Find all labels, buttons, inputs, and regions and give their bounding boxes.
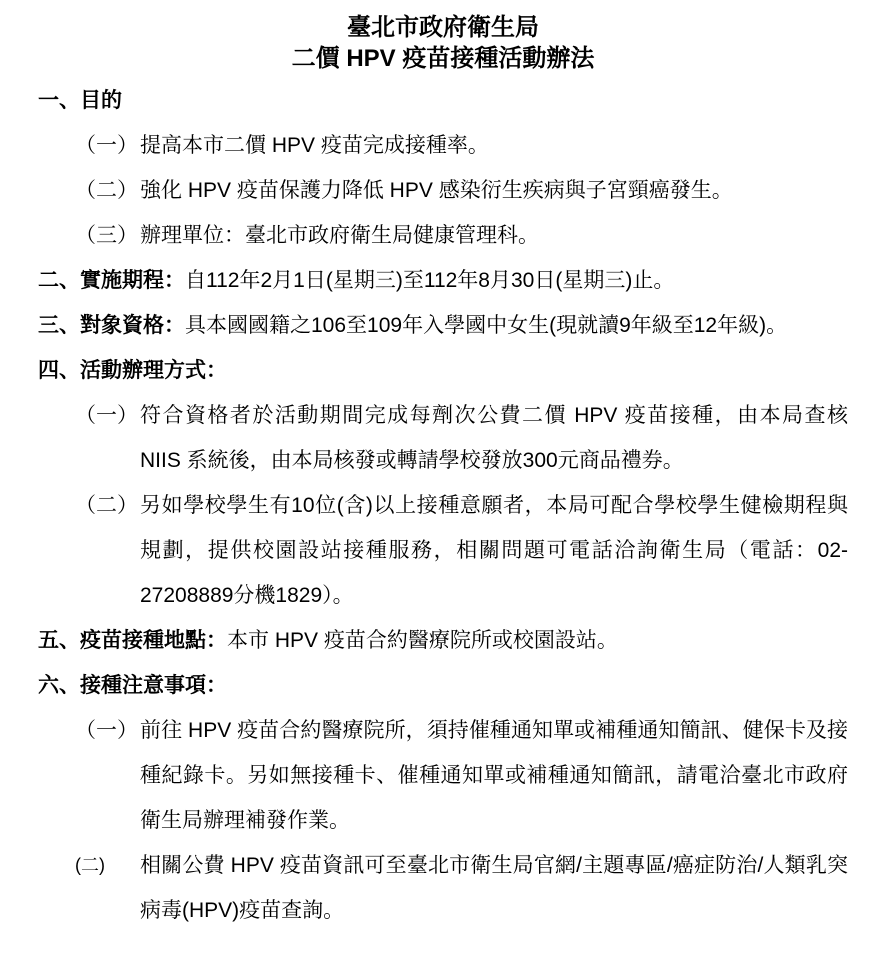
list-item: （二） 另如學校學生有10位(含)以上接種意願者，本局可配合學校學生健檢期程與規…	[75, 483, 848, 618]
section-heading: 五、疫苗接種地點：本市 HPV 疫苗合約醫療院所或校園設站。	[38, 618, 848, 663]
list-item: (二) 相關公費 HPV 疫苗資訊可至臺北市衛生局官網/主題專區/癌症防治/人類…	[75, 843, 848, 933]
section-implementation-period: 二、實施期程：自112年2月1日(星期三)至112年8月30日(星期三)止。	[38, 258, 848, 303]
document-title: 臺北市政府衛生局 二價 HPV 疫苗接種活動辦法	[38, 12, 848, 74]
section-heading: 六、接種注意事項：	[38, 663, 848, 708]
section-purpose: 一、目的 （一） 提高本市二價 HPV 疫苗完成接種率。 （二） 強化 HPV …	[38, 78, 848, 258]
section-heading: 一、目的	[38, 78, 848, 123]
list-item-label: （一）	[75, 708, 140, 843]
section-vaccination-notes: 六、接種注意事項： （一） 前往 HPV 疫苗合約醫療院所，須持催種通知單或補種…	[38, 663, 848, 933]
list-item-text: 強化 HPV 疫苗保護力降低 HPV 感染衍生疾病與子宮頸癌發生。	[140, 168, 848, 213]
section-heading-text: 五、疫苗接種地點：	[38, 629, 227, 652]
list-item-text: 提高本市二價 HPV 疫苗完成接種率。	[140, 123, 848, 168]
document-page: 臺北市政府衛生局 二價 HPV 疫苗接種活動辦法 一、目的 （一） 提高本市二價…	[0, 0, 875, 933]
section-eligibility: 三、對象資格：具本國國籍之106至109年入學國中女生(現就讀9年級至12年級)…	[38, 303, 848, 348]
list-item-label: （三）	[75, 213, 140, 258]
section-inline-text: 具本國國籍之106至109年入學國中女生(現就讀9年級至12年級)。	[185, 314, 787, 337]
section-heading-text: 二、實施期程：	[38, 269, 185, 292]
section-heading: 三、對象資格：具本國國籍之106至109年入學國中女生(現就讀9年級至12年級)…	[38, 303, 848, 348]
list-item-text: 另如學校學生有10位(含)以上接種意願者，本局可配合學校學生健檢期程與規劃，提供…	[140, 483, 848, 618]
section-vaccination-location: 五、疫苗接種地點：本市 HPV 疫苗合約醫療院所或校園設站。	[38, 618, 848, 663]
title-line-2: 二價 HPV 疫苗接種活動辦法	[38, 43, 848, 74]
title-line-1: 臺北市政府衛生局	[38, 12, 848, 43]
list-item: （一） 提高本市二價 HPV 疫苗完成接種率。	[75, 123, 848, 168]
section-heading-text: 三、對象資格：	[38, 314, 185, 337]
list-item-label: （一）	[75, 123, 140, 168]
list-item: （一） 符合資格者於活動期間完成每劑次公費二價 HPV 疫苗接種，由本局查核 N…	[75, 393, 848, 483]
section-inline-text: 本市 HPV 疫苗合約醫療院所或校園設站。	[227, 629, 618, 652]
section-heading: 二、實施期程：自112年2月1日(星期三)至112年8月30日(星期三)止。	[38, 258, 848, 303]
list-item-label: （二）	[75, 168, 140, 213]
list-item-label: （一）	[75, 393, 140, 483]
section-activity-method: 四、活動辦理方式： （一） 符合資格者於活動期間完成每劑次公費二價 HPV 疫苗…	[38, 348, 848, 618]
section-heading-text: 六、接種注意事項：	[38, 674, 227, 697]
section-heading-text: 四、活動辦理方式：	[38, 359, 227, 382]
list-item: （一） 前往 HPV 疫苗合約醫療院所，須持催種通知單或補種通知簡訊、健保卡及接…	[75, 708, 848, 843]
list-item-text: 相關公費 HPV 疫苗資訊可至臺北市衛生局官網/主題專區/癌症防治/人類乳突病毒…	[140, 843, 848, 933]
list-item: （三） 辦理單位：臺北市政府衛生局健康管理科。	[75, 213, 848, 258]
list-item: （二） 強化 HPV 疫苗保護力降低 HPV 感染衍生疾病與子宮頸癌發生。	[75, 168, 848, 213]
section-heading-text: 一、目的	[38, 89, 122, 112]
list-item-label: （二）	[75, 483, 140, 618]
list-item-text: 辦理單位：臺北市政府衛生局健康管理科。	[140, 213, 848, 258]
section-heading: 四、活動辦理方式：	[38, 348, 848, 393]
list-item-label: (二)	[75, 843, 140, 933]
section-inline-text: 自112年2月1日(星期三)至112年8月30日(星期三)止。	[185, 269, 674, 292]
list-item-text: 前往 HPV 疫苗合約醫療院所，須持催種通知單或補種通知簡訊、健保卡及接種紀錄卡…	[140, 708, 848, 843]
list-item-text: 符合資格者於活動期間完成每劑次公費二價 HPV 疫苗接種，由本局查核 NIIS …	[140, 393, 848, 483]
